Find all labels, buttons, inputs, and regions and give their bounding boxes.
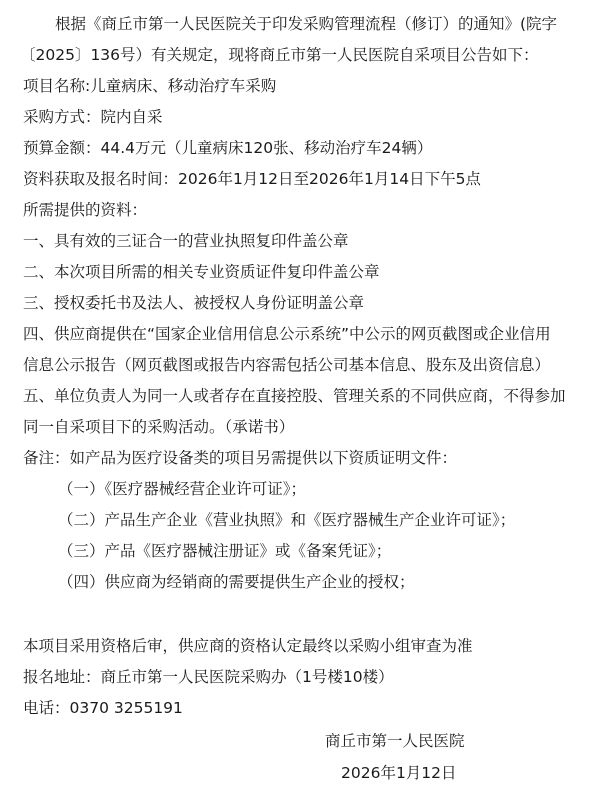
material-item-continued: 信息公示报告（网页截图或报告内容需包括公司基本信息、股东及出资信息） xyxy=(23,355,550,375)
registration-address: 报名地址：商丘市第一人民医院采购办（1号楼10楼） xyxy=(23,667,394,687)
intro-line-1: 根据《商丘市第一人民医院关于印发采购管理流程（修订）的通知》(院字 xyxy=(55,14,557,34)
project-name: 项目名称:儿童病床、移动治疗车采购 xyxy=(23,76,276,96)
budget: 预算金额：44.4万元（儿童病床120张、移动治疗车24辆） xyxy=(23,138,432,158)
signature-organization: 商丘市第一人民医院 xyxy=(325,731,465,751)
remark: 备注：如产品为医疗设备类的项目另需提供以下资质证明文件： xyxy=(23,448,457,468)
procurement-notice: 根据《商丘市第一人民医院关于印发采购管理流程（修订）的通知》(院字 〔2025〕… xyxy=(0,0,608,800)
procurement-method: 采购方式：院内自采 xyxy=(23,107,163,127)
remark-item: （三）产品《医疗器械注册证》或《备案凭证》； xyxy=(58,541,391,561)
remark-item: （二）产品生产企业《营业执照》和《医疗器械生产企业许可证》； xyxy=(58,510,515,530)
material-item: 四、供应商提供在“国家企业信用信息公示系统”中公示的网页截图或企业信用 xyxy=(23,324,551,344)
material-item: 一、具有效的三证合一的营业执照复印件盖公章 xyxy=(23,231,349,251)
material-item-continued: 同一自采项目下的采购活动。（承诺书） xyxy=(23,417,294,437)
intro-line-2: 〔2025〕136号）有关规定，现将商丘市第一人民医院自采项目公告如下： xyxy=(20,45,539,65)
remark-item: （一）《医疗器械经营企业许可证》； xyxy=(58,479,306,499)
materials-heading: 所需提供的资料： xyxy=(23,200,147,220)
material-item: 三、授权委托书及法人、被授权人身份证明盖公章 xyxy=(23,293,364,313)
review-note: 本项目采用资格后审，供应商的资格认定最终以采购小组审查为准 xyxy=(23,636,473,656)
material-item: 二、本次项目所需的相关专业资质证件复印件盖公章 xyxy=(23,262,380,282)
remark-item: （四）供应商为经销商的需要提供生产企业的授权； xyxy=(58,572,415,592)
signature-date: 2026年1月12日 xyxy=(341,763,457,783)
material-item: 五、单位负责人为同一人或者存在直接控股、管理关系的不同供应商，不得参加 xyxy=(23,386,566,406)
registration-time: 资料获取及报名时间：2026年1月12日至2026年1月14日下午5点 xyxy=(23,169,481,189)
contact-phone: 电话：0370 3255191 xyxy=(23,698,183,718)
